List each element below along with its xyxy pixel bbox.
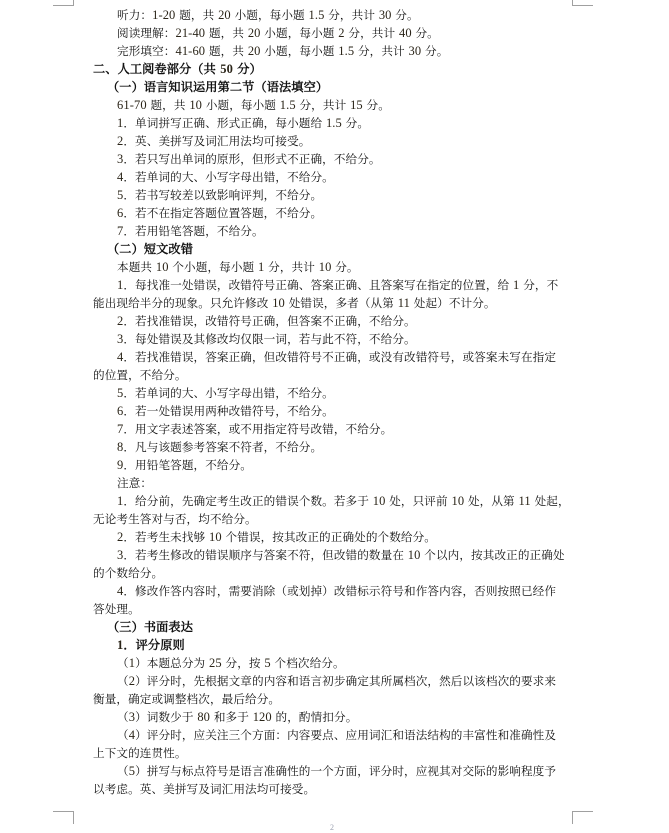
text-line: （5）拼写与标点符号是语言准确性的一个方面，评分时，应视其对交际的影响程度予 bbox=[93, 762, 575, 780]
number: 8 bbox=[117, 440, 123, 454]
number: 10 bbox=[319, 260, 332, 274]
text-line: 听力：1-20 题，共 20 小题，每小题 1.5 分，共计 30 分。 bbox=[93, 6, 575, 24]
number: 2 bbox=[117, 134, 123, 148]
number: 1.5 bbox=[309, 8, 325, 22]
number: 1.5 bbox=[280, 98, 296, 112]
number: 50 bbox=[220, 62, 233, 76]
text-line: （3）词数少于 80 和多于 120 的，酌情扣分。 bbox=[93, 708, 575, 726]
number: 4 bbox=[117, 170, 123, 184]
number: 2 bbox=[117, 530, 123, 544]
number: 10 bbox=[451, 494, 464, 508]
text-line: 无论考生答对与否，均不给分。 bbox=[93, 510, 575, 528]
page-number: 2 bbox=[330, 823, 334, 832]
number: 10 bbox=[156, 260, 169, 274]
text-line: 6．若一处错误用两种改错符号，不给分。 bbox=[93, 402, 575, 420]
number: 5 bbox=[264, 656, 270, 670]
text-line: 2．若考生未找够 10 个错误，按其改正的正确处的个数给分。 bbox=[93, 528, 575, 546]
text-line: 61-70 题，共 10 小题，每小题 1.5 分，共计 15 分。 bbox=[93, 96, 575, 114]
crop-mark-bottom-right bbox=[572, 811, 593, 824]
text-line: （2）评分时，先根据文章的内容和语言初步确定其所属档次，然后以该档次的要求来 bbox=[93, 672, 575, 690]
number: 1-20 bbox=[152, 8, 175, 22]
crop-mark-top-right bbox=[572, 0, 593, 6]
number: 4 bbox=[117, 350, 123, 364]
text-line: 3．若只写出单词的原形，但形式不正确，不给分。 bbox=[93, 150, 575, 168]
number: 1 bbox=[117, 116, 123, 130]
number: 4 bbox=[129, 728, 135, 742]
text-line: 答处理。 bbox=[93, 600, 575, 618]
text-line: （4）评分时，应关注三个方面：内容要点、应用词汇和语法结构的丰富性和准确性及 bbox=[93, 726, 575, 744]
number: 6 bbox=[117, 404, 123, 418]
text-line: 2．若找准错误，改错符号正确，但答案不正确，不给分。 bbox=[93, 312, 575, 330]
text-line: 5．若书写较差以致影响评判，不给分。 bbox=[93, 186, 575, 204]
number: 3 bbox=[117, 152, 123, 166]
number: 11 bbox=[519, 494, 531, 508]
text-line: 4．修改作答内容时，需要消除（或划掉）改错标示符号和作答内容，否则按照已经作 bbox=[93, 582, 575, 600]
number: 20 bbox=[248, 44, 261, 58]
text-line: 衡量，确定或调整档次，最后给分。 bbox=[93, 690, 575, 708]
text-line: 的个数给分。 bbox=[93, 564, 575, 582]
number: 3 bbox=[117, 548, 123, 562]
text-line: 1．每找准一处错误，改错符号正确、答案正确、且答案写在指定的位置，给 1 分，不 bbox=[93, 276, 575, 294]
text-line: 4．若找准错误，答案正确，但改错符号不正确，或没有改错符号，或答案未写在指定 bbox=[93, 348, 575, 366]
text-line: 5．若单词的大、小写字母出错，不给分。 bbox=[93, 384, 575, 402]
number: 2 bbox=[117, 314, 123, 328]
number: 1 bbox=[117, 278, 123, 292]
number: 5 bbox=[117, 188, 123, 202]
text-line: 上下文的连贯性。 bbox=[93, 744, 575, 762]
section-heading: （三）书面表达 bbox=[93, 618, 575, 636]
number: 6 bbox=[117, 206, 123, 220]
number: 1.5 bbox=[338, 44, 354, 58]
number: 4 bbox=[117, 584, 123, 598]
number: 3 bbox=[117, 332, 123, 346]
text-line: 7．若用铅笔答题，不给分。 bbox=[93, 222, 575, 240]
number: 1 bbox=[258, 260, 264, 274]
crop-mark-top-left bbox=[53, 0, 74, 6]
text-line: 4．若单词的大、小写字母出错，不给分。 bbox=[93, 168, 575, 186]
number: 10 bbox=[408, 548, 421, 562]
number: 1 bbox=[117, 494, 123, 508]
section-heading: 二、人工阅卷部分（共 50 分） bbox=[93, 60, 575, 78]
number: 21-40 bbox=[175, 26, 205, 40]
section-heading: 1．评分原则 bbox=[93, 636, 575, 654]
number: 10 bbox=[373, 494, 386, 508]
text-line: （1）本题总分为 25 分，按 5 个档次给分。 bbox=[93, 654, 575, 672]
section-heading: （二）短文改错 bbox=[93, 240, 575, 258]
number: 5 bbox=[129, 764, 135, 778]
number: 9 bbox=[117, 458, 123, 472]
text-line: 以考虑。英、美拼写及词汇用法均可接受。 bbox=[93, 780, 575, 798]
text-line: 3．每处错误及其修改均仅限一词，若与此不符，不给分。 bbox=[93, 330, 575, 348]
number: 41-60 bbox=[175, 44, 205, 58]
number: 10 bbox=[272, 296, 285, 310]
number: 20 bbox=[248, 26, 261, 40]
text-line: 阅读理解：21-40 题，共 20 小题，每小题 2 分，共计 40 分。 bbox=[93, 24, 575, 42]
number: 11 bbox=[398, 296, 410, 310]
text-line: 完形填空：41-60 题，共 20 小题，每小题 1.5 分，共计 30 分。 bbox=[93, 42, 575, 60]
text-line: 7．用文字表述答案，或不用指定符号改错，不给分。 bbox=[93, 420, 575, 438]
text-line: 1．单词拼写正确、形式正确，每小题给 1.5 分。 bbox=[93, 114, 575, 132]
number: 1 bbox=[117, 638, 123, 652]
number: 5 bbox=[117, 386, 123, 400]
number: 40 bbox=[399, 26, 412, 40]
number: 25 bbox=[209, 656, 222, 670]
number: 15 bbox=[350, 98, 363, 112]
text-line: 注意： bbox=[93, 474, 575, 492]
text-line: 6．若不在指定答题位置答题，不给分。 bbox=[93, 204, 575, 222]
text-line: 的位置，不给分。 bbox=[93, 366, 575, 384]
text-line: 1．给分前，先确定考生改正的错误个数。若多于 10 处，只评前 10 处，从第 … bbox=[93, 492, 575, 510]
section-heading: （一）语言知识运用第二节（语法填空） bbox=[93, 78, 575, 96]
number: 20 bbox=[218, 8, 231, 22]
text-line: 9．用铅笔答题，不给分。 bbox=[93, 456, 575, 474]
number: 30 bbox=[409, 44, 422, 58]
number: 2 bbox=[338, 26, 344, 40]
document-body: 听力：1-20 题，共 20 小题，每小题 1.5 分，共计 30 分。阅读理解… bbox=[93, 6, 575, 798]
text-line: 3．若考生修改的错误顺序与答案不符，但改错的数量在 10 个以内，按其改正的正确… bbox=[93, 546, 575, 564]
number: 1.5 bbox=[326, 116, 342, 130]
number: 7 bbox=[117, 422, 123, 436]
number: 80 bbox=[197, 710, 210, 724]
number: 3 bbox=[129, 710, 135, 724]
number: 7 bbox=[117, 224, 123, 238]
text-line: 本题共 10 个小题，每小题 1 分，共计 10 分。 bbox=[93, 258, 575, 276]
number: 61-70 bbox=[117, 98, 147, 112]
crop-mark-bottom-left bbox=[53, 811, 74, 824]
number: 120 bbox=[253, 710, 272, 724]
number: 30 bbox=[379, 8, 392, 22]
number: 1 bbox=[129, 656, 135, 670]
text-line: 8．凡与该题参考答案不符者，不给分。 bbox=[93, 438, 575, 456]
number: 10 bbox=[189, 98, 202, 112]
text-line: 2．英、美拼写及词汇用法均可接受。 bbox=[93, 132, 575, 150]
number: 10 bbox=[209, 530, 222, 544]
number: 1 bbox=[513, 278, 519, 292]
text-line: 能出现给半分的现象。只允许修改 10 处错误，多者（从第 11 处起）不计分。 bbox=[93, 294, 575, 312]
number: 2 bbox=[129, 674, 135, 688]
